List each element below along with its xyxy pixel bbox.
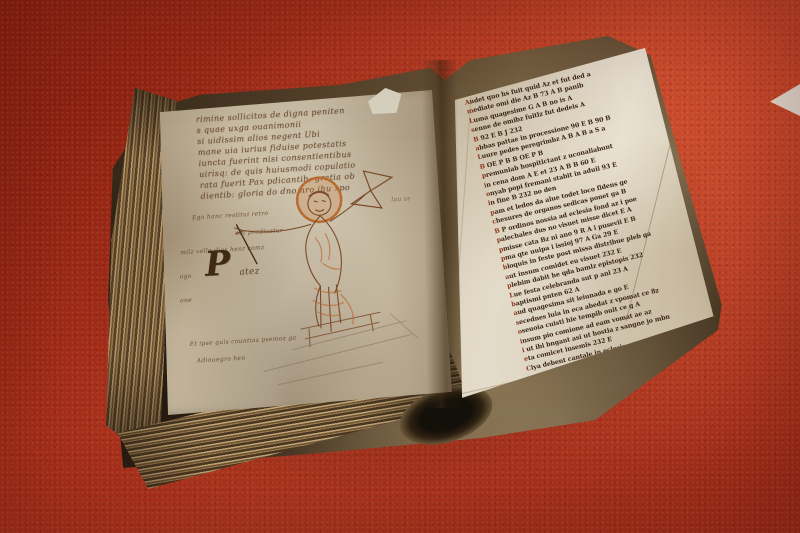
seated-saint-drawing: [221, 159, 448, 396]
margin-annotation: one: [180, 297, 192, 305]
scratch-lines: [260, 312, 420, 385]
pointer-rod: [236, 224, 256, 265]
left-page: rimine sollicitos de digna penitens quae…: [140, 82, 455, 417]
photo-red-velvet-table: rimine sollicitos de digna penitens quae…: [0, 0, 800, 533]
paper-corner-edge: [770, 84, 800, 116]
figure-pointing-arm: [235, 223, 311, 234]
left-page-content: rimine sollicitos de digna penitens quae…: [134, 71, 469, 425]
gutter-shadow: [421, 60, 463, 409]
margin-annotation: ogo: [179, 273, 191, 281]
hourglass-object: [349, 169, 393, 209]
